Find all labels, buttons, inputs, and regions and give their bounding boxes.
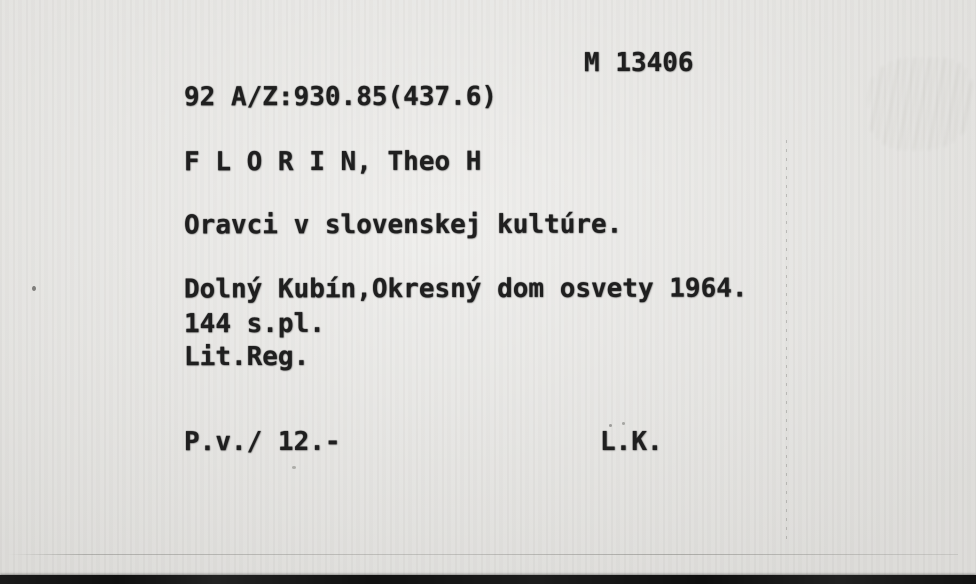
accession-number: M 13406: [584, 49, 694, 77]
author-heading: F L O R I N, Theo H: [184, 148, 481, 177]
scan-bottom-edge: [0, 575, 976, 584]
note-line: Lit.Reg.: [184, 343, 309, 371]
title-line: Oravci v slovenskej kultúre.: [184, 211, 622, 240]
catalog-card-scan: M 13406 92 A/Z:930.85(437.6) F L O R I N…: [0, 0, 976, 584]
dirt-speck: [32, 286, 36, 291]
dirt-speck: [622, 422, 625, 425]
price-line: P.v./ 12.-: [184, 428, 341, 456]
dirt-speck: [292, 466, 296, 469]
cataloger-initials: L.K.: [600, 428, 663, 456]
call-number: 92 A/Z:930.85(437.6): [184, 83, 497, 112]
horizontal-scratch: [8, 554, 958, 555]
collation-line: 144 s.pl.: [184, 310, 325, 338]
vertical-crease: [786, 140, 787, 540]
pencil-smudge: [868, 58, 972, 150]
imprint-line: Dolný Kubín,Okresný dom osvety 1964.: [184, 275, 748, 304]
